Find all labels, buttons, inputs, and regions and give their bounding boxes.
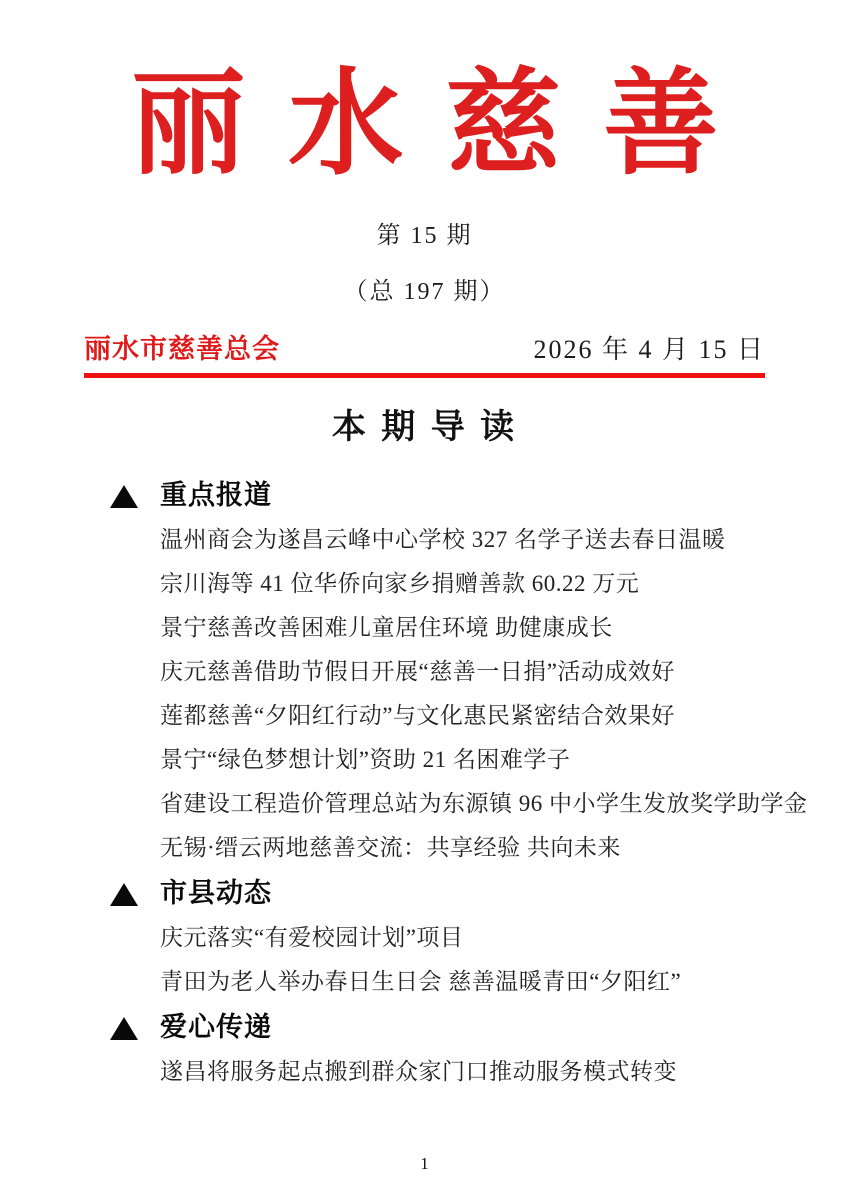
triangle-bullet-icon [110,1017,138,1040]
toc-item: 景宁“绿色梦想计划”资助 21 名困难学子 [108,738,789,782]
toc-item: 温州商会为遂昌云峰中心学校 327 名学子送去春日温暖 [108,518,789,562]
toc-section-key-reports: 重点报道 温州商会为遂昌云峰中心学校 327 名学子送去春日温暖 宗川海等 41… [108,472,789,870]
section-label: 重点报道 [160,480,272,510]
toc-item: 景宁慈善改善困难儿童居住环境 助健康成长 [108,606,789,650]
page-number: 1 [0,1154,849,1174]
total-issue-number: （总 197 期） [0,276,849,308]
bulletin-page: 丽水慈善 第 15 期 （总 197 期） 丽水市慈善总会 2026 年 4 月… [0,0,849,1200]
issue-number: 第 15 期 [0,220,849,252]
toc-item: 宗川海等 41 位华侨向家乡捐赠善款 60.22 万元 [108,562,789,606]
header-rule-row: 丽水市慈善总会 2026 年 4 月 15 日 [84,332,765,378]
section-header: 重点报道 [108,472,789,518]
triangle-bullet-icon [110,485,138,508]
publisher-name: 丽水市慈善总会 [84,332,280,366]
section-label: 爱心传递 [160,1012,272,1042]
toc-item: 遂昌将服务起点搬到群众家门口推动服务模式转变 [108,1050,789,1094]
toc-section-love-relay: 爱心传递 遂昌将服务起点搬到群众家门口推动服务模式转变 [108,1004,789,1094]
masthead-title: 丽水慈善 [0,56,849,194]
table-of-contents: 重点报道 温州商会为遂昌云峰中心学校 327 名学子送去春日温暖 宗川海等 41… [108,472,789,1094]
toc-item: 莲都慈善“夕阳红行动”与文化惠民紧密结合效果好 [108,694,789,738]
toc-item: 无锡·缙云两地慈善交流：共享经验 共向未来 [108,826,789,870]
section-label: 市县动态 [160,878,272,908]
triangle-bullet-icon [110,883,138,906]
toc-item: 庆元落实“有爱校园计划”项目 [108,916,789,960]
section-header: 市县动态 [108,870,789,916]
section-header: 爱心传递 [108,1004,789,1050]
toc-item: 庆元慈善借助节假日开展“慈善一日捐”活动成效好 [108,650,789,694]
toc-item: 省建设工程造价管理总站为东源镇 96 中小学生发放奖学助学金 [108,782,789,826]
toc-section-county-news: 市县动态 庆元落实“有爱校园计划”项目 青田为老人举办春日生日会 慈善温暖青田“… [108,870,789,1004]
toc-title: 本 期 导 读 [0,406,849,448]
issue-date: 2026 年 4 月 15 日 [533,333,765,367]
toc-item: 青田为老人举办春日生日会 慈善温暖青田“夕阳红” [108,960,789,1004]
